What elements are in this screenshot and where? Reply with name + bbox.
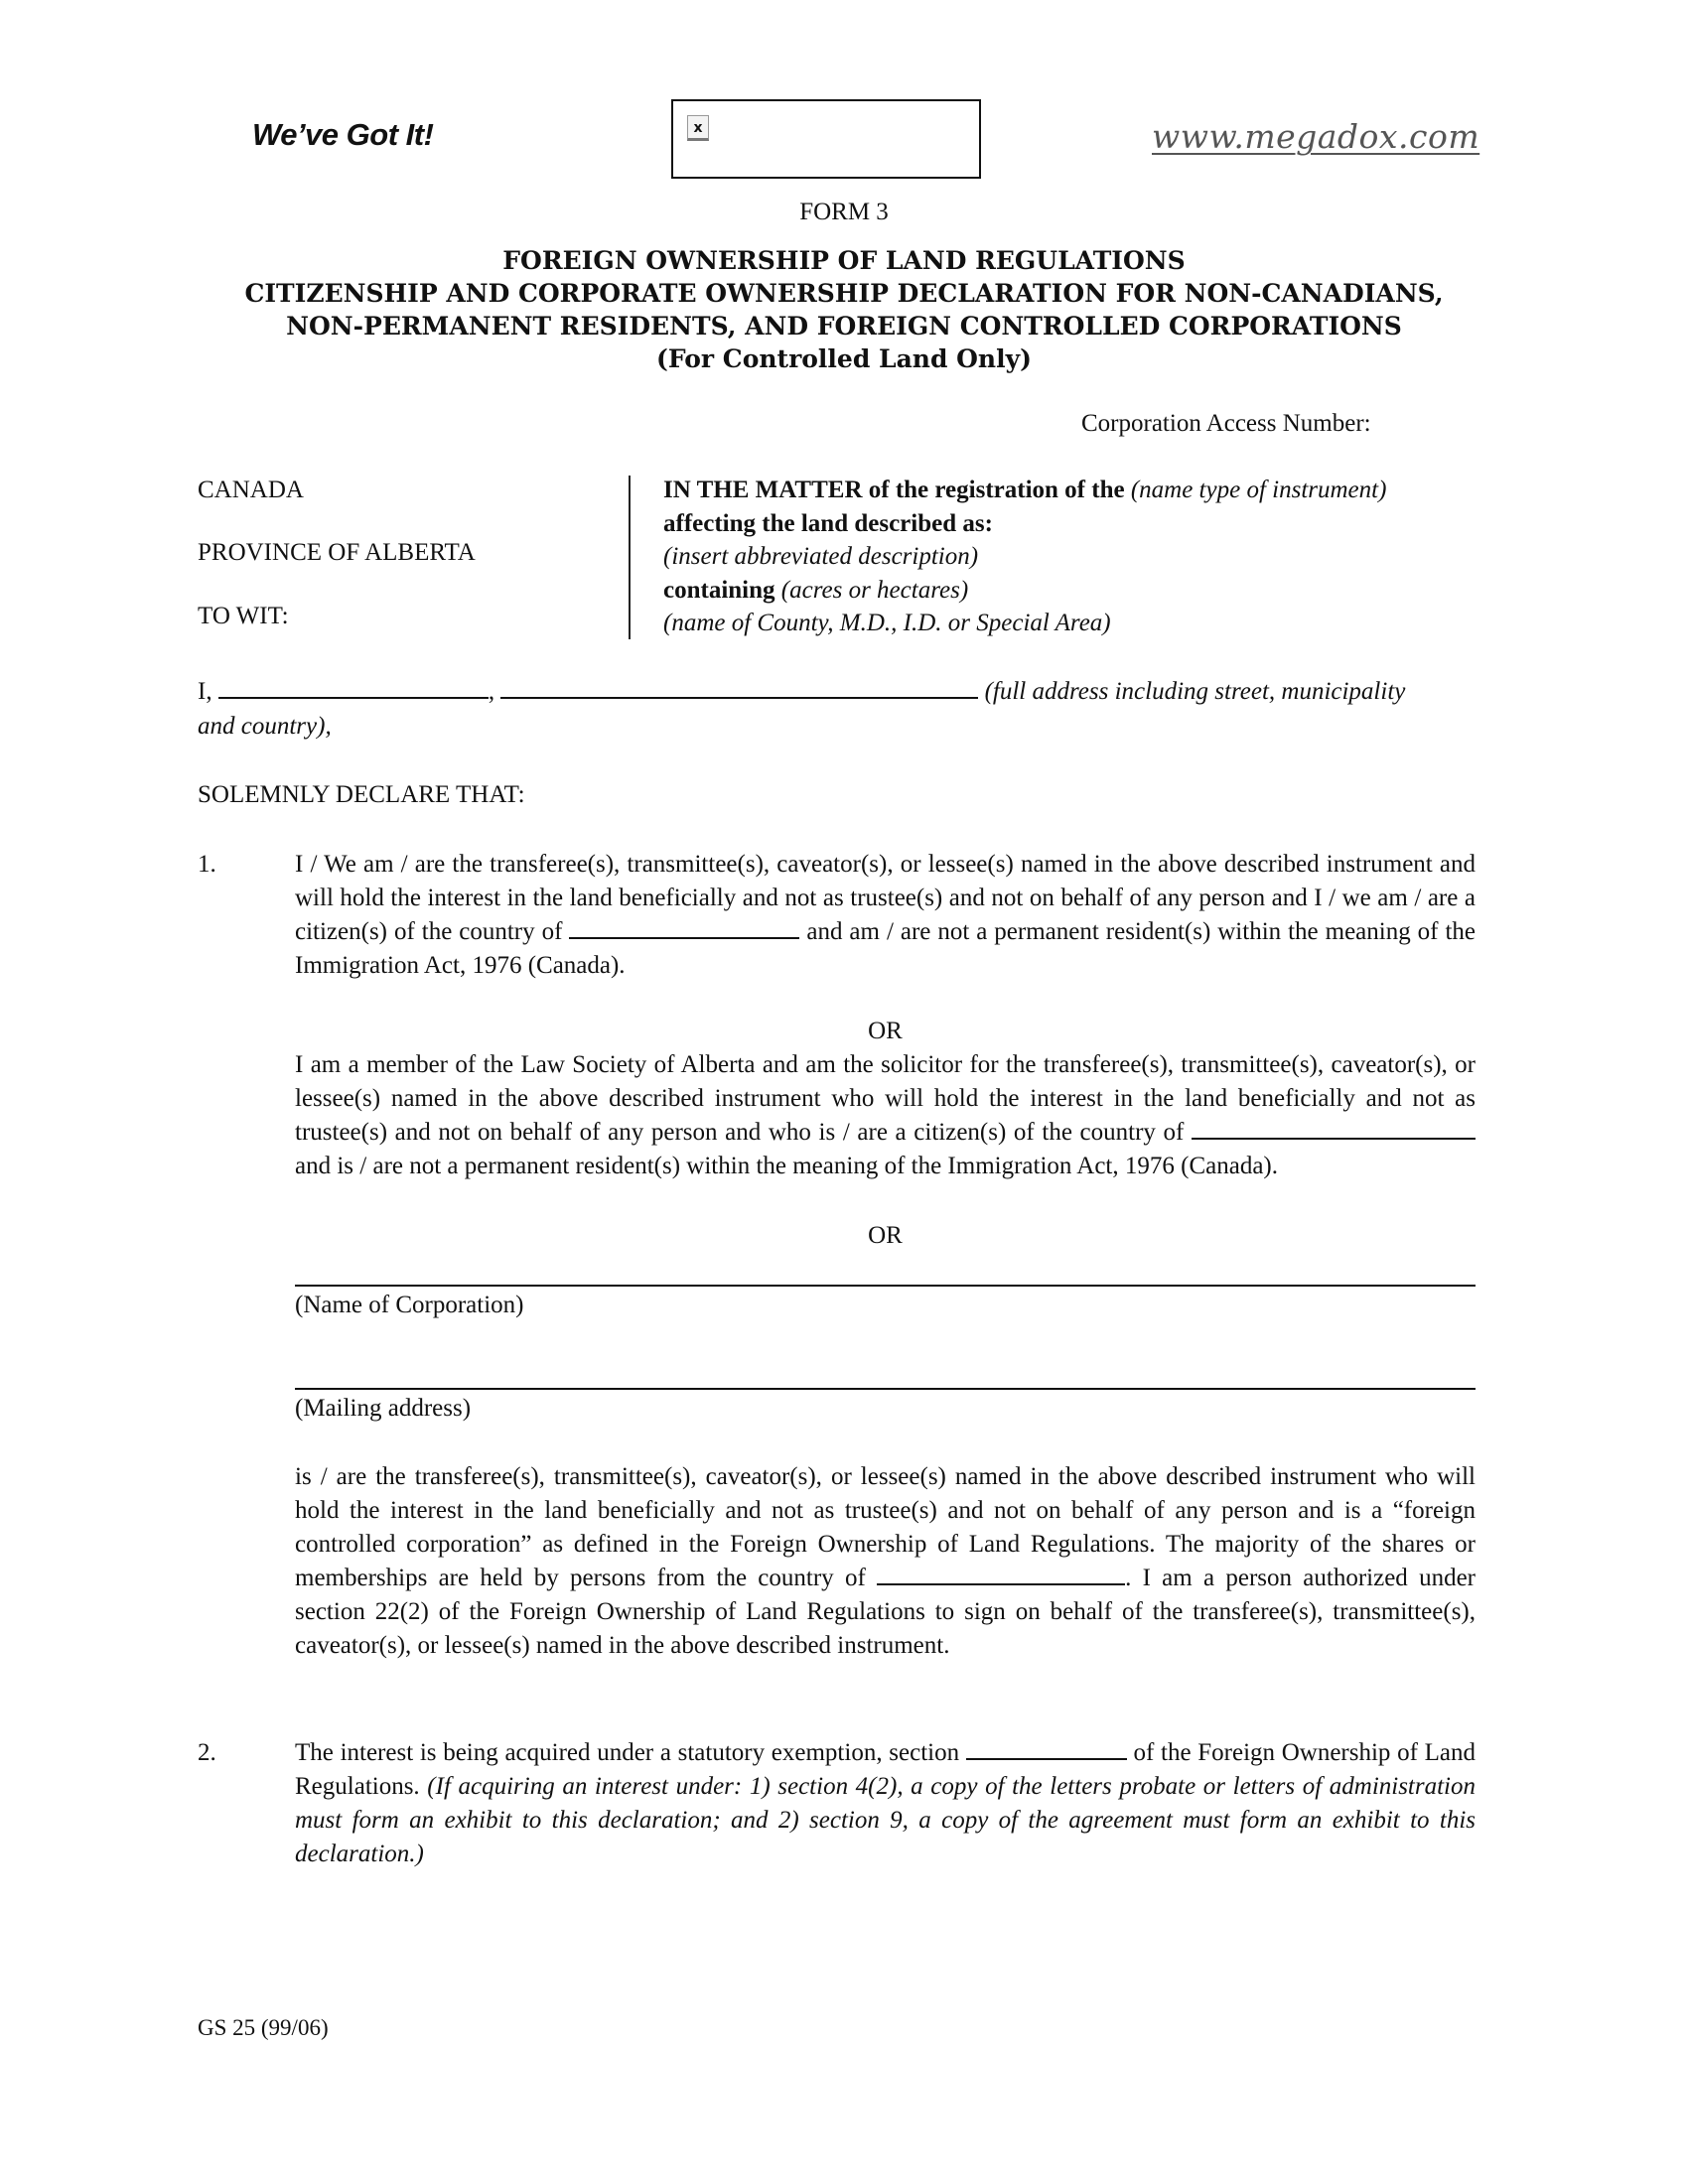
slogan: We’ve Got It! xyxy=(252,117,433,153)
form-number: FORM 3 xyxy=(0,196,1688,229)
declarant-prefix: I, xyxy=(198,678,212,705)
declarant-line: I, , (full address including street, mun… xyxy=(198,675,1478,709)
item-2-text: The interest is being acquired under a s… xyxy=(295,1739,959,1766)
matter-block: IN THE MATTER of the registration of the… xyxy=(663,474,1386,640)
column-divider xyxy=(629,476,631,639)
mailing-address-field[interactable] xyxy=(295,1388,1476,1390)
logo-placeholder: x xyxy=(671,99,981,179)
para-b-text: I am a member of the Law Society of Albe… xyxy=(295,1051,1476,1146)
title-line-1: FOREIGN OWNERSHIP OF LAND REGULATIONS xyxy=(0,244,1688,277)
item-2-note: (If acquiring an interest under: 1) sect… xyxy=(295,1773,1476,1867)
matter-line-1: IN THE MATTER of the registration of the xyxy=(663,477,1131,503)
title-line-4: (For Controlled Land Only) xyxy=(0,342,1688,375)
declarant-name-field[interactable] xyxy=(218,696,489,699)
mailing-address-label: (Mailing address) xyxy=(295,1392,471,1426)
address-hint-continued: and country), xyxy=(198,710,332,744)
area-hint: (acres or hectares) xyxy=(781,577,968,604)
comma: , xyxy=(489,678,494,705)
broken-image-icon: x xyxy=(687,115,709,141)
corporation-name-field[interactable] xyxy=(295,1285,1476,1287)
exemption-section-field[interactable] xyxy=(966,1757,1127,1760)
para-b-text-end: and is / are not a permanent resident(s)… xyxy=(295,1153,1278,1179)
citizenship-country-field-2[interactable] xyxy=(1192,1137,1476,1140)
item-1-paragraph-a: I / We am / are the transferee(s), trans… xyxy=(295,848,1476,983)
item-2-paragraph: The interest is being acquired under a s… xyxy=(295,1736,1476,1871)
matter-line-2: affecting the land described as: xyxy=(663,507,1386,541)
title-line-3: NON-PERMANENT RESIDENTS, AND FOREIGN CON… xyxy=(0,310,1688,342)
county-hint: (name of County, M.D., I.D. or Special A… xyxy=(663,607,1386,640)
item-1-paragraph-b: I am a member of the Law Society of Albe… xyxy=(295,1048,1476,1183)
item-number-2: 2. xyxy=(198,1736,216,1770)
citizenship-country-field-1[interactable] xyxy=(569,936,799,939)
corporation-access-number-label: Corporation Access Number: xyxy=(1081,407,1371,441)
item-1-paragraph-c: is / are the transferee(s), transmittee(… xyxy=(295,1460,1476,1663)
corporation-name-label: (Name of Corporation) xyxy=(295,1289,523,1322)
to-wit-label: TO WIT: xyxy=(198,600,289,633)
title-line-2: CITIZENSHIP AND CORPORATE OWNERSHIP DECL… xyxy=(0,277,1688,310)
description-hint: (insert abbreviated description) xyxy=(663,540,1386,574)
instrument-type-hint: (name type of instrument) xyxy=(1131,477,1387,503)
form-title: FOREIGN OWNERSHIP OF LAND REGULATIONS CI… xyxy=(0,244,1688,375)
solemnly-declare: SOLEMNLY DECLARE THAT: xyxy=(198,778,525,812)
address-hint: (full address including street, municipa… xyxy=(985,678,1406,705)
declarant-address-field[interactable] xyxy=(500,696,978,699)
website-link[interactable]: www.megadox.com xyxy=(1152,117,1479,156)
containing-label: containing xyxy=(663,577,781,604)
shareholder-country-field[interactable] xyxy=(877,1582,1125,1585)
form-code: GS 25 (99/06) xyxy=(198,2011,329,2045)
or-separator-1: OR xyxy=(295,1015,1476,1048)
country-label: CANADA xyxy=(198,474,304,507)
province-label: PROVINCE OF ALBERTA xyxy=(198,536,476,570)
item-number-1: 1. xyxy=(198,848,216,882)
or-separator-2: OR xyxy=(295,1219,1476,1253)
